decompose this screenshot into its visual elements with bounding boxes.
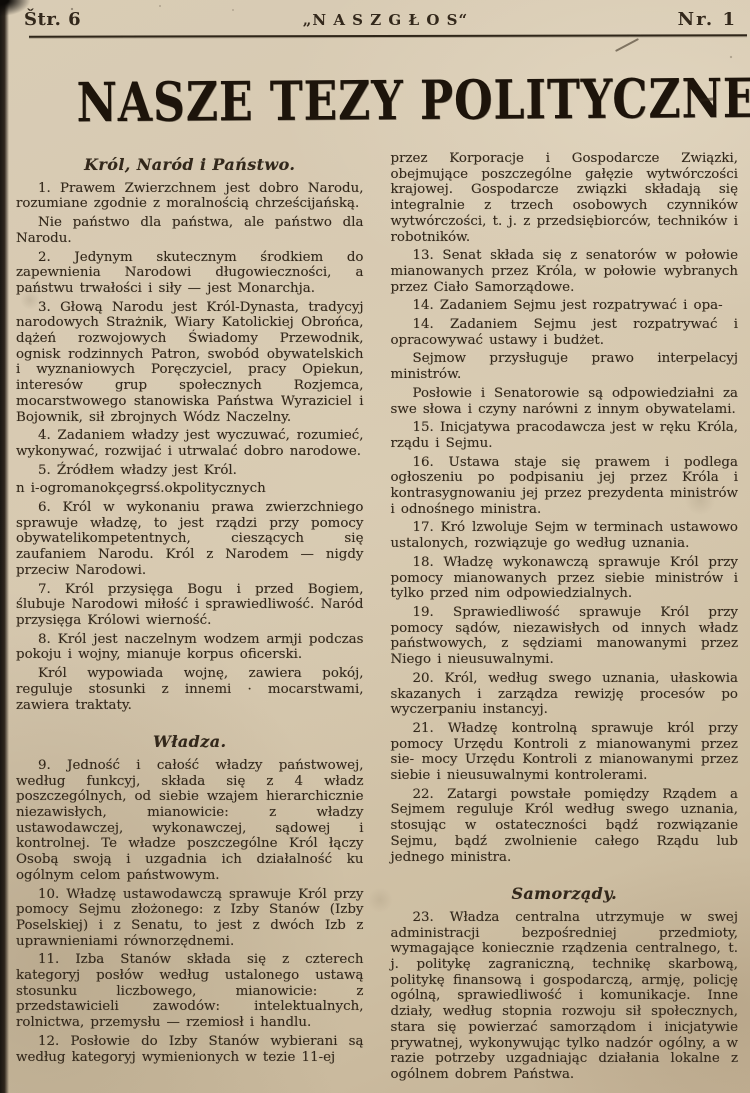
thesis-paragraph: Sejmow przysługuje prawo interpelacyj mi… xyxy=(391,351,739,382)
column-left: Król, Naród i Państwo.1. Prawem Zwierzch… xyxy=(16,151,364,1086)
thesis-paragraph: 21. Władzę kontrolną sprawuje król przy … xyxy=(391,721,739,784)
article-headline: NASZE TEZY POLITYCZNE. xyxy=(76,71,750,129)
section-heading: Król, Naród i Państwo. xyxy=(16,157,364,173)
thesis-paragraph: 23. Władza centralna utrzymuje w swej ad… xyxy=(391,910,739,1083)
thesis-paragraph: 19. Sprawiedliwość sprawuje Król przy po… xyxy=(391,605,739,668)
newspaper-title: „N A S Z G Ł O S“ xyxy=(303,11,468,29)
thesis-paragraph: 14. Zadaniem Sejmu jest rozpatrywać i op… xyxy=(391,298,739,314)
issue-number: Nr. 1 xyxy=(678,9,737,30)
page-number: Štr. 6 xyxy=(24,9,81,30)
article-columns: Król, Naród i Państwo.1. Prawem Zwierzch… xyxy=(0,131,750,1086)
scan-edge-artifact xyxy=(0,0,9,1093)
thesis-paragraph: Król wypowiada wojnę, zawiera pokój, reg… xyxy=(16,666,364,713)
thesis-paragraph: 12. Posłowie do Izby Stanów wybierani są… xyxy=(16,1034,364,1065)
newspaper-page-scan: Štr. 6 „N A S Z G Ł O S“ Nr. 1 NASZE TEZ… xyxy=(0,0,750,1093)
thesis-paragraph: n i-ogromanokçegrsś.okpolitycznych xyxy=(16,481,364,497)
thesis-paragraph: 16. Ustawa staje się prawem i podlega og… xyxy=(391,455,739,518)
thesis-paragraph: 8. Król jest naczelnym wodzem armji podc… xyxy=(16,632,364,663)
thesis-paragraph: 11. Izba Stanów składa się z czterech ka… xyxy=(16,952,364,1031)
thesis-paragraph: 5. Źródłem władzy jest Król. xyxy=(16,463,364,479)
thesis-paragraph: Posłowie i Senatorowie są odpowiedziałni… xyxy=(391,386,739,417)
thesis-paragraph: 9. Jedność i całość władzy państwowej, w… xyxy=(16,758,364,884)
section-heading: Samorządy. xyxy=(391,886,739,902)
thesis-paragraph: Nie państwo dla państwa, ale państwo dla… xyxy=(16,215,364,246)
thesis-paragraph: 20. Król, według swego uznania, ułaskowi… xyxy=(391,671,739,718)
thesis-paragraph: przez Korporacje i Gospodarcze Związki, … xyxy=(391,151,739,245)
thesis-paragraph: 17. Kró lzwoluje Sejm w terminach ustawo… xyxy=(391,520,739,551)
headline-wrap: NASZE TEZY POLITYCZNE. xyxy=(0,73,750,131)
thesis-paragraph: 1. Prawem Zwierzchnem jest dobro Narodu,… xyxy=(16,181,364,212)
scan-corner-artifact xyxy=(0,0,30,16)
thesis-paragraph: 6. Król w wykonaniu prawa zwierzchniego … xyxy=(16,500,364,579)
thesis-paragraph: 15. Inicjatywa pracodawcza jest w ręku K… xyxy=(391,420,739,451)
masthead: Štr. 6 „N A S Z G Ł O S“ Nr. 1 xyxy=(0,0,750,30)
thesis-paragraph: 14. Zadaniem Sejmu jest rozpatrywać i op… xyxy=(391,317,739,348)
thesis-paragraph: 4. Zadaniem władzy jest wyczuwać, rozumi… xyxy=(16,428,364,459)
section-heading: Władza. xyxy=(16,734,364,750)
column-right: przez Korporacje i Gospodarcze Związki, … xyxy=(391,151,739,1086)
thesis-paragraph: 18. Władzę wykonawczą sprawuje Król przy… xyxy=(391,555,739,602)
thesis-paragraph: 10. Władzę ustawodawczą sprawuje Król pr… xyxy=(16,887,364,950)
thesis-paragraph: 3. Głową Narodu jest Król-Dynasta, trady… xyxy=(16,300,364,426)
masthead-rule xyxy=(29,34,747,38)
thesis-paragraph: 7. Król przysięga Bogu i przed Bogiem, ś… xyxy=(16,582,364,629)
thesis-paragraph: 13. Senat składa się z senatorów w połow… xyxy=(391,248,739,295)
thesis-paragraph: 2. Jedynym skutecznym środkiem do zapewn… xyxy=(16,250,364,297)
thesis-paragraph: 22. Zatargi powstałe pomiędzy Rządem a S… xyxy=(391,787,739,866)
stray-slash-mark xyxy=(615,38,639,52)
